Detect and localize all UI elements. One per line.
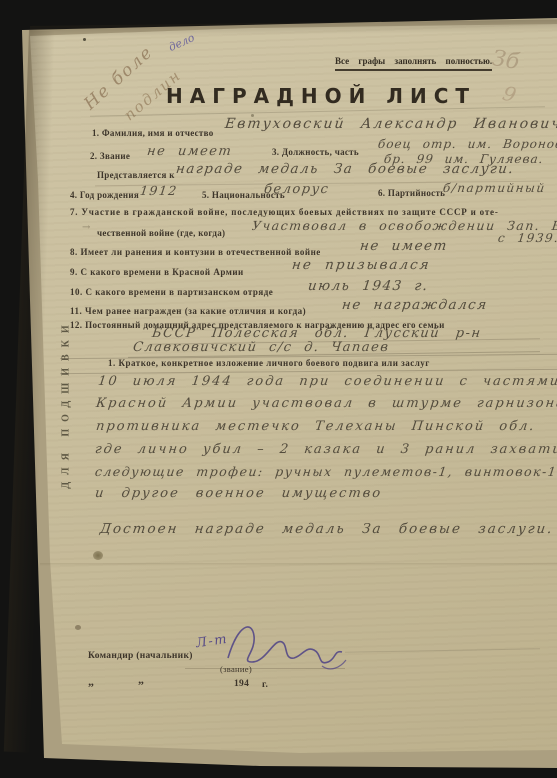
feat-text-line: и другое военное имущество [94,486,383,501]
paper-crease [40,563,557,566]
field-party-label: 6. Партийность [378,188,445,198]
feat-text-line: Красной Армии участвовал в штурме гарниз… [95,396,557,411]
field-partisan-since-value: июль 1943 г. [307,278,430,294]
document-title: НАГРАДНОЙ ЛИСТ [166,84,476,108]
paper-speck [83,38,86,41]
date-quote-mark: „ [138,672,144,687]
date-quote-mark: „ [88,674,94,689]
field-rank-value: не имеет [146,144,233,159]
field-rank-label: 2. Звание [90,151,130,161]
feat-text-line: следующие трофеи: ручных пулеметов-1, ви… [94,464,557,479]
rank-caption: (звание) [220,664,252,674]
field-partisan-since-label: 10. С какого времени в партизанском отря… [70,287,273,297]
paper-speck [75,625,81,630]
field-unit-value-line1: боец отр. им. Воронова [377,137,557,151]
field-unit-label: 3. Должность, часть [272,147,359,157]
field-wounds-value: не имеет [359,238,449,254]
award-sheet-scan: ДЛЯ ПОДШИВКИ Не боле подлин дело Зб 9 Вс… [0,0,557,778]
insert-arrow-mark: → [82,222,90,233]
field-redarmy-value: не призывался [291,257,432,273]
field-war-participation-label-line1: 7. Участие в гражданской войне, последую… [70,207,499,217]
conclusion-line: Достоен награде медаль За боевые заслуги… [99,521,554,537]
field-birthyear-value: 1912 [139,183,179,198]
feat-text-line: где лично убил – 2 казака и 3 ранил захв… [94,442,557,457]
field-prior-awards-label: 11. Чем ранее награжден (за какие отличи… [70,306,306,316]
field-birthyear-label: 4. Год рождения [70,190,139,200]
presented-for-value: награде медаль За боевые заслуги. [175,161,515,177]
commander-label: Командир (начальник) [88,651,193,661]
field-war-participation-label-line2: чественной войне (где, когда) [97,228,225,238]
field-home-address-value-line1: БССР Полесская обл. Глусский р-н [151,326,482,341]
feat-text-line: противника местечко Телеханы Пинской обл… [95,419,536,434]
field-name-label: 1. Фамилия, имя и отчество [92,128,214,138]
date-year-suffix: г. [262,680,268,690]
pencil-mark: Зб [490,46,521,75]
field-wounds-label: 8. Имеет ли ранения и контузии в отечест… [70,247,321,257]
field-party-value: б/партийный [442,181,546,195]
paper-hole [93,551,103,560]
presented-for-label: Представляется к [97,170,175,180]
fill-all-fields-note: Все графы заполнять полностью. [335,56,492,71]
feat-section-heading: 1. Краткое, конкретное изложение личного… [108,358,430,368]
feat-text-line: 10 июля 1944 года при соединении с частя… [97,374,557,389]
field-prior-awards-value: не награждался [341,297,489,313]
field-nationality-value: белорус [263,182,330,197]
field-redarmy-label: 9. С какого времени в Красной Армии [70,267,244,277]
field-name-value: Евтуховский Александр Иванович [224,116,557,132]
field-war-participation-value-year: с 1939. [497,231,557,245]
date-year-blank: 194 [234,679,249,689]
